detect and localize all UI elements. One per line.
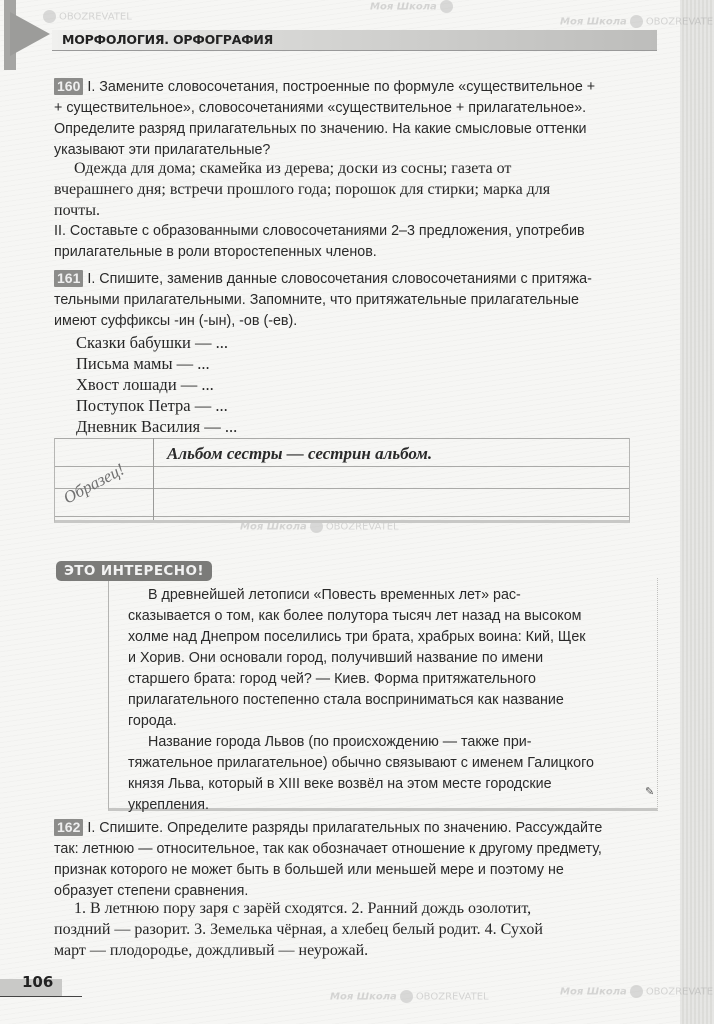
textbook-page: OBOZREVATEL Моя Школа Моя ШколаOBOZREVAT… (0, 0, 714, 1024)
watermark: Моя ШколаOBOZREVATEL (330, 990, 489, 1003)
exercise-number-badge: 161 (54, 270, 83, 287)
watermark: Моя ШколаOBOZREVATEL (560, 985, 714, 998)
watermark: Моя Школа (370, 0, 456, 13)
page-edge-shadow (680, 0, 714, 1024)
watermark-logo-icon (630, 15, 643, 28)
exercise-162-task: 162I. Спишите. Определите разряды прилаг… (54, 818, 654, 902)
exercise-161-task: 161I. Спишите, заменив данные словосочет… (54, 269, 654, 332)
header-arrow-icon (10, 12, 50, 56)
watermark-logo-icon (400, 990, 413, 1003)
page-number-rule (0, 996, 82, 997)
exercise-162-text: 1. В летнюю пору заря с зарёй сходятся. … (54, 898, 654, 961)
watermark-logo-icon (440, 0, 453, 13)
page-number: 106 (22, 973, 53, 991)
interesting-text: В древнейшей летописи «Повесть временных… (128, 585, 636, 816)
sample-text: Альбом сестры — сестрин альбом. (167, 444, 432, 464)
exercise-number-badge: 160 (54, 78, 83, 95)
exercise-161-items: Сказки бабушки — ... Письма мамы — ... Х… (76, 332, 237, 437)
watermark: Моя ШколаOBOZREVATEL (560, 15, 714, 28)
exercise-160-text: Одежда для дома; скамейка из дерева; дос… (54, 158, 654, 221)
list-item: Поступок Петра — ... (76, 395, 237, 416)
section-title: МОРФОЛОГИЯ. ОРФОГРАФИЯ (62, 32, 273, 47)
exercise-160-task-2: II. Составьте с образованными словосочет… (54, 221, 654, 263)
list-item: Дневник Василия — ... (76, 416, 237, 437)
pencil-icon: ✎ (645, 785, 654, 798)
watermark: OBOZREVATEL (40, 10, 132, 23)
interesting-tag: ЭТО ИНТЕРЕСНО! (56, 561, 212, 581)
exercise-160-task: 160I. Замените словосочетания, построенн… (54, 77, 654, 161)
list-item: Хвост лошади — ... (76, 374, 237, 395)
watermark-logo-icon (630, 985, 643, 998)
list-item: Письма мамы — ... (76, 353, 237, 374)
list-item: Сказки бабушки — ... (76, 332, 237, 353)
exercise-number-badge: 162 (54, 819, 83, 836)
sample-table: Образец! Альбом сестры — сестрин альбом. (54, 438, 630, 523)
